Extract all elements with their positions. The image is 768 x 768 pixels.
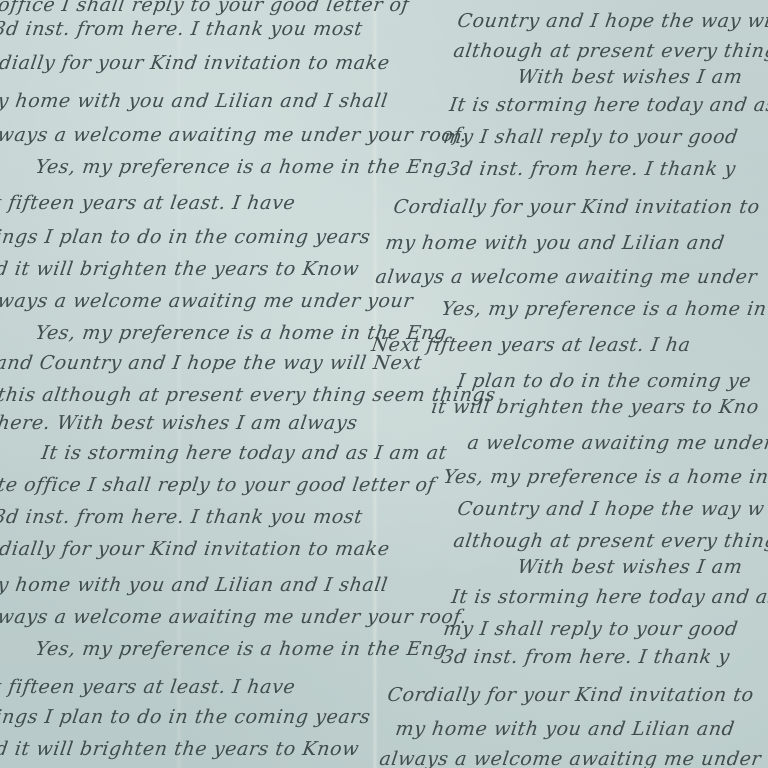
handwritten-line: Yes, my preference is a home in — [442, 466, 768, 488]
handwritten-line: It is storming here today and as I am at — [40, 442, 449, 464]
handwritten-line: this although at present every thing see… — [0, 384, 497, 406]
handwritten-line: Yes, my preference is a home in the Eng — [34, 156, 448, 178]
handwritten-line: It is storming here today and as — [450, 586, 768, 608]
handwritten-line: although at present every thing seem — [452, 40, 768, 62]
handwritten-line: my I shall reply to your good — [442, 126, 740, 148]
handwritten-line: ways a welcome awaiting me under your ro… — [0, 606, 469, 628]
handwritten-line: and Country and I hope the way will Next — [0, 352, 424, 374]
handwritten-line: It is storming here today and as — [448, 94, 768, 116]
handwritten-line: always a welcome awaiting me under — [374, 266, 759, 288]
handwritten-line: I plan to do in the coming ye — [456, 370, 753, 392]
handwritten-line: it will brighten the years to Kno — [430, 396, 760, 418]
handwritten-line: a welcome awaiting me under — [466, 432, 768, 454]
handwritten-line: Country and I hope the way w — [456, 498, 766, 520]
handwritten-line: d it will brighten the years to Know — [0, 258, 361, 280]
handwritten-line: my I shall reply to your good — [442, 618, 740, 640]
handwritten-line: t fifteen years at least. I have — [0, 676, 297, 698]
handwritten-line: ways a welcome awaiting me under your ro… — [0, 124, 469, 146]
handwritten-line: 3d inst. from here. I thank y — [440, 646, 731, 668]
handwritten-line: With best wishes I am — [516, 66, 744, 88]
handwritten-line: rdially for your Kind invitation to make — [0, 538, 391, 560]
handwritten-line: 3d inst. from here. I thank y — [446, 158, 737, 180]
handwritten-line: here. With best wishes I am always — [0, 412, 359, 434]
handwritten-line: Next fifteen years at least. I ha — [370, 334, 692, 356]
handwritten-line: my home with you and Lilian and — [384, 232, 726, 254]
handwritten-line: 3d inst. from here. I thank you most — [0, 506, 364, 528]
handwritten-line: my home with you and Lilian and — [394, 718, 736, 740]
handwritten-line: 3d inst. from here. I thank you most — [0, 18, 364, 40]
handwritten-line: ings I plan to do in the coming years — [0, 226, 372, 248]
handwritten-line: Yes, my preference is a home in the Eng — [34, 638, 448, 660]
handwritten-line: t fifteen years at least. I have — [0, 192, 297, 214]
handwritten-line: With best wishes I am — [516, 556, 744, 578]
handwritten-line: te office I shall reply to your good let… — [0, 474, 437, 496]
handwritten-line: y home with you and Lilian and I shall — [0, 574, 389, 596]
handwritten-line: Country and I hope the way will — [456, 10, 768, 32]
handwritten-line: y home with you and Lilian and I shall — [0, 90, 389, 112]
handwritten-line: Cordially for your Kind invitation to — [386, 684, 755, 706]
handwritten-line: ings I plan to do in the coming years — [0, 706, 372, 728]
handwritten-line: Cordially for your Kind invitation to — [392, 196, 761, 218]
handwritten-line: Yes, my preference is a home in — [440, 298, 768, 320]
handwritten-line: ways a welcome awaiting me under your — [0, 290, 415, 312]
handwritten-line: although at present every thing see — [452, 530, 768, 552]
handwritten-line: d it will brighten the years to Know — [0, 738, 361, 760]
handwritten-line: rdially for your Kind invitation to make — [0, 52, 391, 74]
handwritten-line: te office I shall reply to your good let… — [0, 0, 411, 16]
handwritten-line: always a welcome awaiting me under — [378, 748, 763, 768]
